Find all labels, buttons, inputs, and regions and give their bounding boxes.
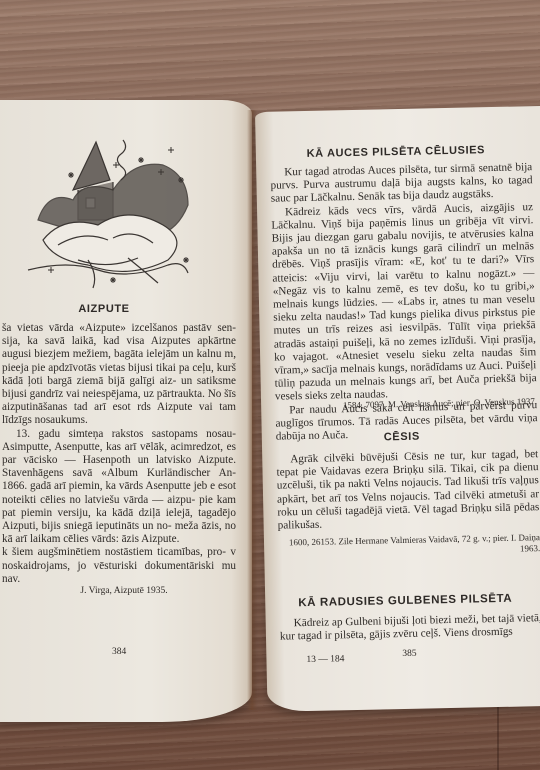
story-source: J. Virga, Aizputē 1935. bbox=[34, 586, 214, 596]
story-body-cesis: Agrāk cilvēki būvējuši Cēsis ne tur, kur… bbox=[276, 448, 540, 533]
story-source: 1600, 26153. Zile Hermane Valmieras Vaid… bbox=[278, 532, 540, 559]
paragraph: k šiem augšminētiem nostāstiem ticamības… bbox=[2, 546, 236, 586]
story-heading-auce: KĀ AUCES PILSĒTA CĒLUSIES bbox=[256, 143, 536, 161]
paragraph: ša vietas vārda «Aizpute» izcelšanos pas… bbox=[2, 322, 236, 428]
paragraph: Agrāk cilvēki būvējuši Cēsis ne tur, kur… bbox=[276, 448, 540, 533]
left-page-body: ša vietas vārda «Aizpute» izcelšanos pas… bbox=[2, 322, 236, 586]
paragraph: Kādreiz ap Gulbeni bijuši ļoti biezi mež… bbox=[280, 612, 540, 644]
page-number-left: 384 bbox=[112, 647, 126, 657]
page-number-right: 385 bbox=[402, 649, 416, 659]
story-body-gulbene: Kādreiz ap Gulbeni bijuši ļoti biezi mež… bbox=[280, 612, 540, 644]
paragraph: Kur tagad atrodas Auces pilsēta, tur sir… bbox=[270, 161, 533, 206]
printer-signature-mark: 13 — 184 bbox=[306, 654, 344, 665]
paragraph: Kādreiz kāds vecs vīrs, vārdā Aucis, aiz… bbox=[271, 201, 537, 404]
right-page: KĀ AUCES PILSĒTA CĒLUSIES Kur tagad atro… bbox=[255, 106, 540, 712]
paragraph: 13. gadu simteņa rakstos sastopams nosau… bbox=[2, 428, 236, 547]
left-page: AIZPUTE ša vietas vārda «Aizpute» izcelš… bbox=[0, 100, 252, 722]
story-heading-aizpute: AIZPUTE bbox=[0, 303, 214, 315]
story-heading-gulbene: KĀ RADUSIES GULBENES PILSĒTA bbox=[265, 592, 540, 610]
snow-house-illustration-icon bbox=[18, 120, 193, 290]
book-gutter bbox=[247, 110, 257, 710]
